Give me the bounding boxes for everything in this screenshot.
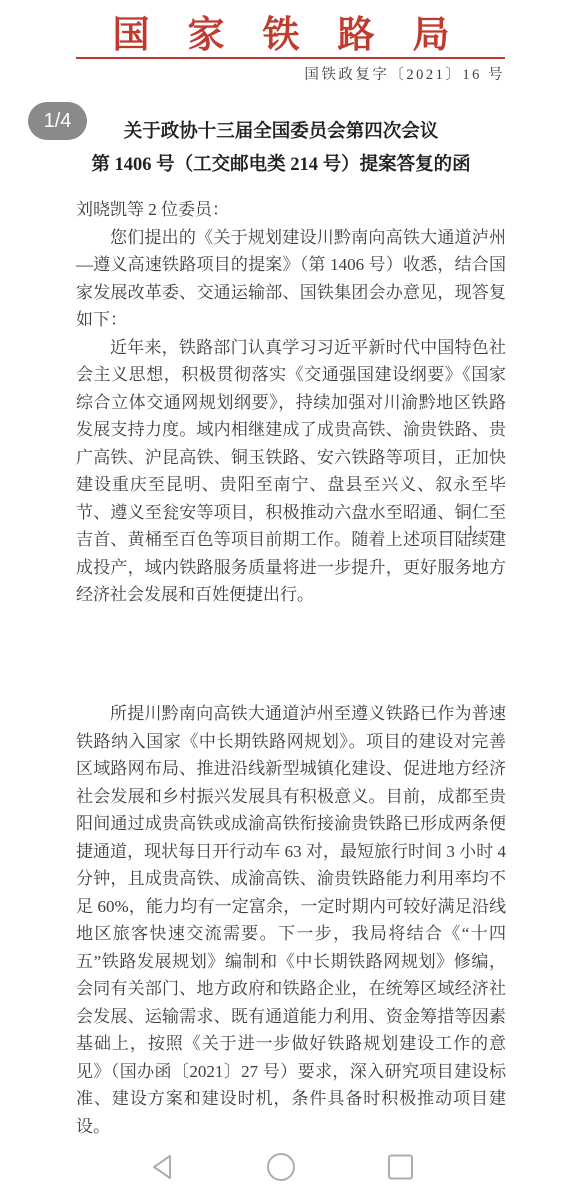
page1-body: 刘晓凯等 2 位委员： 您们提出的《关于规划建设川黔南向高铁大通道泸州—遵义高速… [76,196,506,609]
document-reference-number: 国铁政复字〔2021〕16 号 [304,63,505,84]
page1-footer-page-number: — 1 — [440,523,505,540]
agency-letterhead: 国家铁路局 [0,4,562,58]
letterhead-divider [76,57,505,59]
recents-button[interactable] [387,1154,414,1181]
document-title: 关于政协十三届全国委员会第四次会议 第 1406 号（工交邮电类 214 号）提… [40,116,522,182]
recents-square-icon [387,1154,414,1181]
back-triangle-icon [149,1152,175,1182]
home-circle-icon [266,1152,296,1182]
document-title-line2: 第 1406 号（工交邮电类 214 号）提案答复的函 [91,155,470,175]
document-viewer-screen: 国家铁路局 国铁政复字〔2021〕16 号 关于政协十三届全国委员会第四次会议 … [0,0,562,1200]
page-indicator-badge: 1/4 [28,102,87,140]
back-button[interactable] [149,1152,175,1182]
document-title-line1: 关于政协十三届全国委员会第四次会议 [124,122,439,142]
salutation: 刘晓凯等 2 位委员： [76,196,506,224]
android-navigation-bar [0,1134,562,1200]
page2-body: 所提川黔南向高铁大通道泸州至遵义铁路已作为普速铁路纳入国家《中长期铁路网规划》。… [76,700,506,1195]
paragraph: 您们提出的《关于规划建设川黔南向高铁大通道泸州—遵义高速铁路项目的提案》（第 1… [76,224,506,334]
paragraph: 所提川黔南向高铁大通道泸州至遵义铁路已作为普速铁路纳入国家《中长期铁路网规划》。… [76,700,506,1140]
home-button[interactable] [266,1152,296,1182]
paragraph: 近年来，铁路部门认真学习习近平新时代中国特色社会主义思想，积极贯彻落实《交通强国… [76,334,506,609]
